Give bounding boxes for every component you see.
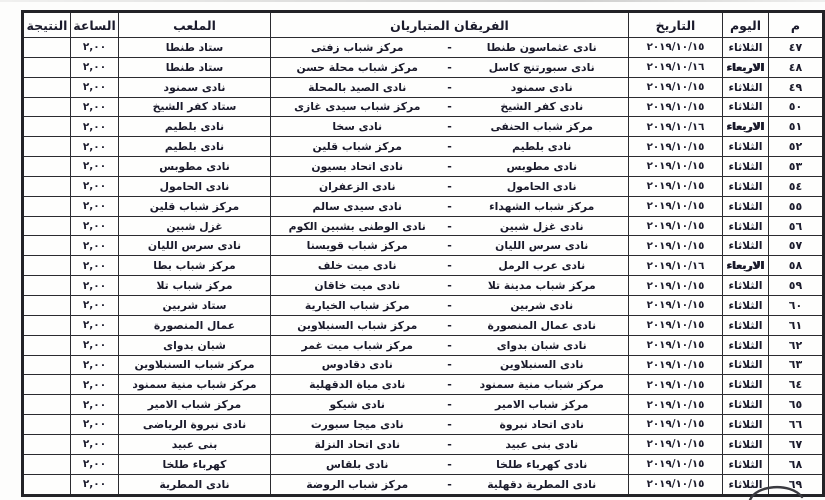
match-row: ٦٨ الثلاثاء ٢٠١٩/١٠/١٥ نادى كهرباء طلخا … <box>23 454 824 474</box>
home-team: نادى عمال المنصورة <box>458 319 627 332</box>
teams-pair: مركز شباب منية سمنود - نادى مياة الدقهلي… <box>273 378 626 391</box>
match-date: ٢٠١٩/١٠/١٦ <box>629 117 723 137</box>
home-team: مركز شباب منية سمنود <box>458 378 627 391</box>
match-time: ٢,٠٠ <box>71 57 119 77</box>
match-result <box>23 137 71 157</box>
match-result <box>23 97 71 117</box>
home-team: نادى كفر الشيخ <box>458 100 627 113</box>
match-row: ٤٨ الاربعاء ٢٠١٩/١٠/١٦ نادى سبورتنج كاسل… <box>23 57 824 77</box>
match-date: ٢٠١٩/١٠/١٥ <box>629 216 723 236</box>
match-teams: مركز شباب الحنفى - نادى سخا <box>271 117 629 137</box>
match-day: الثلاثاء <box>723 335 769 355</box>
match-teams: نادى سرس الليان - مركز شباب قويسنا <box>271 236 629 256</box>
teams-separator: - <box>442 200 458 213</box>
handwritten-scribble <box>742 482 812 500</box>
match-date: ٢٠١٩/١٠/١٥ <box>629 157 723 177</box>
match-number: ٦٣ <box>769 355 824 375</box>
match-row: ٦٠ الثلاثاء ٢٠١٩/١٠/١٥ نادى شربين - مركز… <box>23 295 824 315</box>
away-team: نادى ميت خلف <box>273 259 442 272</box>
match-teams: نادى مطوبس - نادى اتحاد بسيون <box>271 157 629 177</box>
teams-pair: نادى غزل شبين - نادى الوطنى بشبين الكوم <box>273 220 626 233</box>
teams-pair: مركز شباب مدينة تلا - نادى ميت خاقان <box>273 279 626 292</box>
match-row: ٥٤ الثلاثاء ٢٠١٩/١٠/١٥ نادى الحامول - نا… <box>23 176 824 196</box>
teams-separator: - <box>442 100 458 113</box>
match-number: ٦٥ <box>769 395 824 415</box>
match-number: ٥٥ <box>769 196 824 216</box>
match-result <box>23 236 71 256</box>
match-number: ٦٦ <box>769 415 824 435</box>
away-team: نادى سيدى سالم <box>273 200 442 213</box>
match-venue: بنى عبيد <box>119 434 271 454</box>
match-date: ٢٠١٩/١٠/١٥ <box>629 415 723 435</box>
match-row: ٤٧ الثلاثاء ٢٠١٩/١٠/١٥ نادى عثماسون طنطا… <box>23 38 824 58</box>
match-teams: مركز شباب منية سمنود - نادى مياة الدقهلي… <box>271 375 629 395</box>
teams-separator: - <box>442 458 458 471</box>
match-number: ٥٩ <box>769 276 824 296</box>
teams-separator: - <box>442 478 458 491</box>
teams-pair: نادى سمنود - نادى الصيد بالمحلة <box>273 81 626 94</box>
away-team: نادى الوطنى بشبين الكوم <box>273 220 442 233</box>
col-header-date: التاريخ <box>629 12 723 38</box>
teams-separator: - <box>442 378 458 391</box>
match-result <box>23 415 71 435</box>
match-time: ٢,٠٠ <box>71 335 119 355</box>
away-team: مركز شباب الخيارية <box>273 299 442 312</box>
match-day: الثلاثاء <box>723 196 769 216</box>
teams-separator: - <box>442 319 458 332</box>
match-number: ٤٩ <box>769 77 824 97</box>
away-team: مركز شباب ميت غمر <box>273 339 442 352</box>
teams-separator: - <box>442 299 458 312</box>
home-team: نادى بنى عبيد <box>458 438 627 451</box>
match-day: الثلاثاء <box>723 216 769 236</box>
match-venue: شبان بدواى <box>119 335 271 355</box>
match-row: ٥٥ الثلاثاء ٢٠١٩/١٠/١٥ مركز شباب الشهداء… <box>23 196 824 216</box>
match-result <box>23 117 71 137</box>
match-teams: نادى كهرباء طلخا - نادى بلقاس <box>271 454 629 474</box>
teams-separator: - <box>442 438 458 451</box>
match-time: ٢,٠٠ <box>71 415 119 435</box>
match-venue: نادى بلطيم <box>119 117 271 137</box>
away-team: نادى سخا <box>273 120 442 133</box>
match-number: ٥٤ <box>769 176 824 196</box>
table-header: م اليوم التاريخ الفريقان المتباريان المل… <box>23 12 824 38</box>
teams-pair: نادى السنبلاوين - نادى دقادوس <box>273 358 626 371</box>
col-header-result: النتيجة <box>23 12 71 38</box>
match-date: ٢٠١٩/١٠/١٦ <box>629 57 723 77</box>
away-team: نادى ميت خاقان <box>273 279 442 292</box>
match-time: ٢,٠٠ <box>71 295 119 315</box>
match-teams: نادى عرب الرمل - نادى ميت خلف <box>271 256 629 276</box>
match-venue: نادى نبروة الرياضى <box>119 415 271 435</box>
home-team: مركز شباب الامير <box>458 398 627 411</box>
teams-pair: نادى سبورتنج كاسل - مركز شباب محلة حسن <box>273 61 626 74</box>
match-date: ٢٠١٩/١٠/١٥ <box>629 315 723 335</box>
match-number: ٦٠ <box>769 295 824 315</box>
home-team: نادى عثماسون طنطا <box>458 41 627 54</box>
match-number: ٥٨ <box>769 256 824 276</box>
match-date: ٢٠١٩/١٠/١٥ <box>629 375 723 395</box>
match-date: ٢٠١٩/١٠/١٥ <box>629 38 723 58</box>
match-teams: مركز شباب الشهداء - نادى سيدى سالم <box>271 196 629 216</box>
match-row: ٥٠ الثلاثاء ٢٠١٩/١٠/١٥ نادى كفر الشيخ - … <box>23 97 824 117</box>
match-venue: ستاد كفر الشيخ <box>119 97 271 117</box>
teams-pair: نادى كهرباء طلخا - نادى بلقاس <box>273 458 626 471</box>
match-teams: نادى الحامول - نادى الزعفران <box>271 176 629 196</box>
teams-pair: مركز شباب الشهداء - نادى سيدى سالم <box>273 200 626 213</box>
home-team: نادى عرب الرمل <box>458 259 627 272</box>
match-time: ٢,٠٠ <box>71 236 119 256</box>
match-day: الثلاثاء <box>723 176 769 196</box>
match-time: ٢,٠٠ <box>71 454 119 474</box>
home-team: مركز شباب الشهداء <box>458 200 627 213</box>
match-day: الاربعاء <box>723 256 769 276</box>
teams-pair: نادى بلطيم - مركز شباب قلين <box>273 140 626 153</box>
match-teams: نادى شربين - مركز شباب الخيارية <box>271 295 629 315</box>
match-row: ٦٩ الثلاثاء ٢٠١٩/١٠/١٥ نادى المطرية دقهل… <box>23 474 824 495</box>
match-teams: نادى عثماسون طنطا - مركز شباب زفتى <box>271 38 629 58</box>
match-result <box>23 315 71 335</box>
match-day: الثلاثاء <box>723 38 769 58</box>
match-result <box>23 454 71 474</box>
match-date: ٢٠١٩/١٠/١٥ <box>629 137 723 157</box>
match-day: الثلاثاء <box>723 375 769 395</box>
match-venue: مركز شباب السنبلاوين <box>119 355 271 375</box>
teams-pair: نادى بنى عبيد - نادى اتحاد النزلة <box>273 438 626 451</box>
scanned-schedule-page: م اليوم التاريخ الفريقان المتباريان المل… <box>0 0 825 500</box>
match-venue: مركز شباب بطا <box>119 256 271 276</box>
match-date: ٢٠١٩/١٠/١٥ <box>629 176 723 196</box>
away-team: نادى دقادوس <box>273 358 442 371</box>
match-number: ٥١ <box>769 117 824 137</box>
match-date: ٢٠١٩/١٠/١٥ <box>629 454 723 474</box>
match-teams: نادى بنى عبيد - نادى اتحاد النزلة <box>271 434 629 454</box>
away-team: نادى مياة الدقهلية <box>273 378 442 391</box>
away-team: مركز شباب الروضة <box>273 478 442 491</box>
match-row: ٥١ الاربعاء ٢٠١٩/١٠/١٦ مركز شباب الحنفى … <box>23 117 824 137</box>
match-venue: مركز شباب قلين <box>119 196 271 216</box>
match-teams: نادى سمنود - نادى الصيد بالمحلة <box>271 77 629 97</box>
match-day: الثلاثاء <box>723 157 769 177</box>
match-venue: نادى مطوبس <box>119 157 271 177</box>
home-team: نادى سمنود <box>458 81 627 94</box>
away-team: نادى الصيد بالمحلة <box>273 81 442 94</box>
match-teams: مركز شباب مدينة تلا - نادى ميت خاقان <box>271 276 629 296</box>
match-result <box>23 395 71 415</box>
home-team: نادى السنبلاوين <box>458 358 627 371</box>
match-teams: نادى المطرية دقهلية - مركز شباب الروضة <box>271 474 629 495</box>
table-body: ٤٧ الثلاثاء ٢٠١٩/١٠/١٥ نادى عثماسون طنطا… <box>23 38 824 496</box>
match-row: ٥٦ الثلاثاء ٢٠١٩/١٠/١٥ نادى غزل شبين - ن… <box>23 216 824 236</box>
match-row: ٦٧ الثلاثاء ٢٠١٩/١٠/١٥ نادى بنى عبيد - ن… <box>23 434 824 454</box>
match-date: ٢٠١٩/١٠/١٦ <box>629 256 723 276</box>
match-result <box>23 256 71 276</box>
away-team: نادى بلقاس <box>273 458 442 471</box>
match-time: ٢,٠٠ <box>71 216 119 236</box>
header-row: م اليوم التاريخ الفريقان المتباريان المل… <box>23 12 824 38</box>
match-venue: نادى سمنود <box>119 77 271 97</box>
teams-separator: - <box>442 279 458 292</box>
match-teams: نادى اتحاد نبروة - نادى ميجا سبورت <box>271 415 629 435</box>
teams-separator: - <box>442 239 458 252</box>
teams-separator: - <box>442 180 458 193</box>
match-number: ٦٨ <box>769 454 824 474</box>
match-number: ٥٠ <box>769 97 824 117</box>
match-row: ٦٣ الثلاثاء ٢٠١٩/١٠/١٥ نادى السنبلاوين -… <box>23 355 824 375</box>
teams-separator: - <box>442 41 458 54</box>
match-date: ٢٠١٩/١٠/١٥ <box>629 236 723 256</box>
match-teams: نادى السنبلاوين - نادى دقادوس <box>271 355 629 375</box>
match-day: الاربعاء <box>723 57 769 77</box>
match-row: ٥٨ الاربعاء ٢٠١٩/١٠/١٦ نادى عرب الرمل - … <box>23 256 824 276</box>
match-date: ٢٠١٩/١٠/١٥ <box>629 276 723 296</box>
match-date: ٢٠١٩/١٠/١٥ <box>629 474 723 495</box>
teams-separator: - <box>442 140 458 153</box>
match-date: ٢٠١٩/١٠/١٥ <box>629 434 723 454</box>
match-date: ٢٠١٩/١٠/١٥ <box>629 355 723 375</box>
match-time: ٢,٠٠ <box>71 97 119 117</box>
match-date: ٢٠١٩/١٠/١٥ <box>629 196 723 216</box>
match-day: الثلاثاء <box>723 77 769 97</box>
teams-separator: - <box>442 160 458 173</box>
match-time: ٢,٠٠ <box>71 117 119 137</box>
teams-separator: - <box>442 81 458 94</box>
match-number: ٥٧ <box>769 236 824 256</box>
match-number: ٤٧ <box>769 38 824 58</box>
match-venue: ستاد شربين <box>119 295 271 315</box>
away-team: مركز شباب قلين <box>273 140 442 153</box>
away-team: نادى الزعفران <box>273 180 442 193</box>
col-header-teams: الفريقان المتباريان <box>271 12 629 38</box>
match-date: ٢٠١٩/١٠/١٥ <box>629 77 723 97</box>
match-date: ٢٠١٩/١٠/١٥ <box>629 335 723 355</box>
match-venue: مركز شباب تلا <box>119 276 271 296</box>
match-result <box>23 176 71 196</box>
teams-pair: نادى كفر الشيخ - مركز شباب سيدى غازى <box>273 100 626 113</box>
match-number: ٤٨ <box>769 57 824 77</box>
match-day: الثلاثاء <box>723 236 769 256</box>
teams-separator: - <box>442 220 458 233</box>
match-result <box>23 157 71 177</box>
teams-pair: نادى شربين - مركز شباب الخيارية <box>273 299 626 312</box>
home-team: مركز شباب مدينة تلا <box>458 279 627 292</box>
home-team: نادى غزل شبين <box>458 220 627 233</box>
match-venue: عمال المنصورة <box>119 315 271 335</box>
col-header-time: الساعة <box>71 12 119 38</box>
match-schedule-table: م اليوم التاريخ الفريقان المتباريان المل… <box>21 10 825 497</box>
match-venue: ستاد طنطا <box>119 38 271 58</box>
teams-pair: نادى الحامول - نادى الزعفران <box>273 180 626 193</box>
teams-separator: - <box>442 120 458 133</box>
match-teams: مركز شباب الامير - نادى شيكو <box>271 395 629 415</box>
teams-pair: نادى عرب الرمل - نادى ميت خلف <box>273 259 626 272</box>
match-number: ٦٢ <box>769 335 824 355</box>
match-result <box>23 375 71 395</box>
match-time: ٢,٠٠ <box>71 137 119 157</box>
match-day: الثلاثاء <box>723 355 769 375</box>
col-header-day: اليوم <box>723 12 769 38</box>
match-time: ٢,٠٠ <box>71 276 119 296</box>
match-result <box>23 434 71 454</box>
match-teams: نادى عمال المنصورة - مركز شباب السنبلاوي… <box>271 315 629 335</box>
match-result <box>23 335 71 355</box>
match-row: ٦٥ الثلاثاء ٢٠١٩/١٠/١٥ مركز شباب الامير … <box>23 395 824 415</box>
match-time: ٢,٠٠ <box>71 434 119 454</box>
match-row: ٥٢ الثلاثاء ٢٠١٩/١٠/١٥ نادى بلطيم - مركز… <box>23 137 824 157</box>
teams-pair: نادى سرس الليان - مركز شباب قويسنا <box>273 239 626 252</box>
match-venue: نادى سرس الليان <box>119 236 271 256</box>
match-venue: غزل شبين <box>119 216 271 236</box>
away-team: نادى ميجا سبورت <box>273 418 442 431</box>
home-team: نادى اتحاد نبروة <box>458 418 627 431</box>
match-time: ٢,٠٠ <box>71 256 119 276</box>
col-header-no: م <box>769 12 824 38</box>
match-number: ٥٢ <box>769 137 824 157</box>
home-team: نادى مطوبس <box>458 160 627 173</box>
match-date: ٢٠١٩/١٠/١٥ <box>629 395 723 415</box>
match-row: ٥٧ الثلاثاء ٢٠١٩/١٠/١٥ نادى سرس الليان -… <box>23 236 824 256</box>
match-day: الثلاثاء <box>723 295 769 315</box>
match-result <box>23 77 71 97</box>
away-team: مركز شباب سيدى غازى <box>273 100 442 113</box>
home-team: مركز شباب الحنفى <box>458 120 627 133</box>
match-row: ٦١ الثلاثاء ٢٠١٩/١٠/١٥ نادى عمال المنصور… <box>23 315 824 335</box>
home-team: نادى الحامول <box>458 180 627 193</box>
home-team: نادى المطرية دقهلية <box>458 478 627 491</box>
teams-separator: - <box>442 259 458 272</box>
home-team: نادى سبورتنج كاسل <box>458 61 627 74</box>
match-teams: نادى سبورتنج كاسل - مركز شباب محلة حسن <box>271 57 629 77</box>
away-team: مركز شباب محلة حسن <box>273 61 442 74</box>
match-venue: ستاد طنطا <box>119 57 271 77</box>
home-team: نادى سرس الليان <box>458 239 627 252</box>
match-venue: مركز شباب منية سمنود <box>119 375 271 395</box>
match-day: الثلاثاء <box>723 137 769 157</box>
match-number: ٦٧ <box>769 434 824 454</box>
match-teams: نادى غزل شبين - نادى الوطنى بشبين الكوم <box>271 216 629 236</box>
scan-edge-artifact <box>0 0 825 2</box>
col-header-venue: الملعب <box>119 12 271 38</box>
match-time: ٢,٠٠ <box>71 38 119 58</box>
match-time: ٢,٠٠ <box>71 474 119 495</box>
teams-separator: - <box>442 61 458 74</box>
match-result <box>23 196 71 216</box>
match-day: الثلاثاء <box>723 395 769 415</box>
teams-separator: - <box>442 339 458 352</box>
home-team: نادى شبان بدواى <box>458 339 627 352</box>
match-teams: نادى بلطيم - مركز شباب قلين <box>271 137 629 157</box>
match-teams: نادى كفر الشيخ - مركز شباب سيدى غازى <box>271 97 629 117</box>
teams-pair: نادى مطوبس - نادى اتحاد بسيون <box>273 160 626 173</box>
away-team: نادى شيكو <box>273 398 442 411</box>
away-team: مركز شباب السنبلاوين <box>273 319 442 332</box>
match-number: ٥٦ <box>769 216 824 236</box>
teams-pair: مركز شباب الامير - نادى شيكو <box>273 398 626 411</box>
match-venue: نادى بلطيم <box>119 137 271 157</box>
match-row: ٦٢ الثلاثاء ٢٠١٩/١٠/١٥ نادى شبان بدواى -… <box>23 335 824 355</box>
match-time: ٢,٠٠ <box>71 395 119 415</box>
match-row: ٦٤ الثلاثاء ٢٠١٩/١٠/١٥ مركز شباب منية سم… <box>23 375 824 395</box>
match-time: ٢,٠٠ <box>71 176 119 196</box>
match-result <box>23 276 71 296</box>
match-day: الثلاثاء <box>723 415 769 435</box>
match-number: ٦١ <box>769 315 824 335</box>
away-team: مركز شباب قويسنا <box>273 239 442 252</box>
home-team: نادى شربين <box>458 299 627 312</box>
match-day: الثلاثاء <box>723 454 769 474</box>
teams-separator: - <box>442 418 458 431</box>
match-number: ٦٤ <box>769 375 824 395</box>
match-result <box>23 57 71 77</box>
match-day: الثلاثاء <box>723 434 769 454</box>
match-venue: كهرباء طلخا <box>119 454 271 474</box>
away-team: نادى اتحاد بسيون <box>273 160 442 173</box>
match-day: الثلاثاء <box>723 97 769 117</box>
match-row: ٥٩ الثلاثاء ٢٠١٩/١٠/١٥ مركز شباب مدينة ت… <box>23 276 824 296</box>
teams-pair: نادى عمال المنصورة - مركز شباب السنبلاوي… <box>273 319 626 332</box>
match-result <box>23 38 71 58</box>
match-day: الاربعاء <box>723 117 769 137</box>
match-result <box>23 474 71 495</box>
match-date: ٢٠١٩/١٠/١٥ <box>629 97 723 117</box>
match-row: ٥٣ الثلاثاء ٢٠١٩/١٠/١٥ نادى مطوبس - نادى… <box>23 157 824 177</box>
match-date: ٢٠١٩/١٠/١٥ <box>629 295 723 315</box>
teams-separator: - <box>442 358 458 371</box>
match-time: ٢,٠٠ <box>71 196 119 216</box>
match-result <box>23 295 71 315</box>
match-venue: مركز شباب الامير <box>119 395 271 415</box>
match-time: ٢,٠٠ <box>71 157 119 177</box>
match-venue: نادى الحامول <box>119 176 271 196</box>
match-time: ٢,٠٠ <box>71 375 119 395</box>
match-teams: نادى شبان بدواى - مركز شباب ميت غمر <box>271 335 629 355</box>
match-day: الثلاثاء <box>723 315 769 335</box>
teams-pair: نادى عثماسون طنطا - مركز شباب زفتى <box>273 41 626 54</box>
match-number: ٥٣ <box>769 157 824 177</box>
match-time: ٢,٠٠ <box>71 315 119 335</box>
match-day: الثلاثاء <box>723 276 769 296</box>
teams-pair: نادى شبان بدواى - مركز شباب ميت غمر <box>273 339 626 352</box>
teams-separator: - <box>442 398 458 411</box>
match-result <box>23 216 71 236</box>
away-team: نادى اتحاد النزلة <box>273 438 442 451</box>
teams-pair: نادى المطرية دقهلية - مركز شباب الروضة <box>273 478 626 491</box>
home-team: نادى كهرباء طلخا <box>458 458 627 471</box>
home-team: نادى بلطيم <box>458 140 627 153</box>
match-result <box>23 355 71 375</box>
match-row: ٦٦ الثلاثاء ٢٠١٩/١٠/١٥ نادى اتحاد نبروة … <box>23 415 824 435</box>
match-row: ٤٩ الثلاثاء ٢٠١٩/١٠/١٥ نادى سمنود - نادى… <box>23 77 824 97</box>
away-team: مركز شباب زفتى <box>273 41 442 54</box>
teams-pair: مركز شباب الحنفى - نادى سخا <box>273 120 626 133</box>
match-time: ٢,٠٠ <box>71 355 119 375</box>
match-venue: نادى المطرية <box>119 474 271 495</box>
teams-pair: نادى اتحاد نبروة - نادى ميجا سبورت <box>273 418 626 431</box>
match-time: ٢,٠٠ <box>71 77 119 97</box>
